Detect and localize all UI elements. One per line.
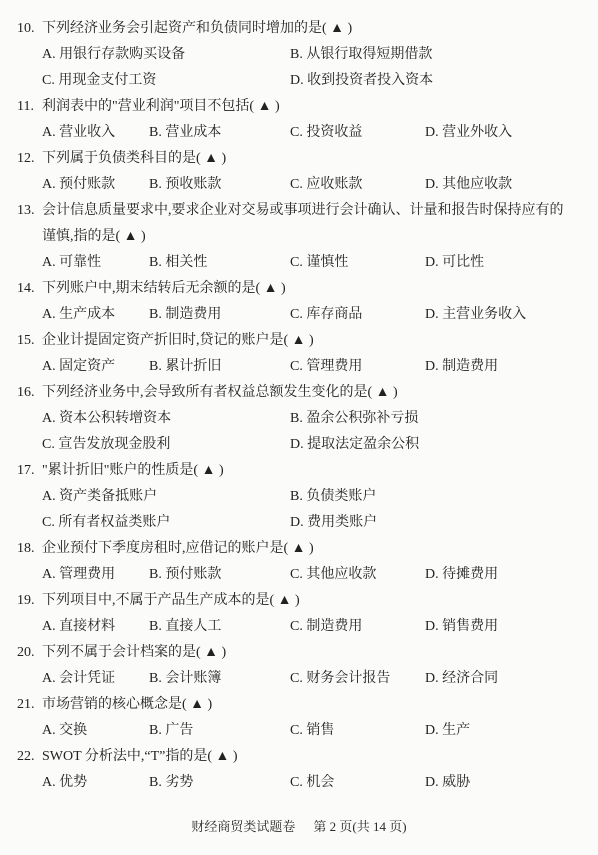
question-number: 13. [17, 198, 35, 224]
question-options: A. 管理费用 B. 预付账款 C. 其他应收款 D. 待摊费用 [0, 562, 598, 588]
question-12: 12. 下列属于负债类科目的是( ▲ ) A. 预付账款 B. 预收账款 C. … [0, 146, 598, 198]
question-stem-text: 企业计提固定资产折旧时,贷记的账户是( ▲ ) [42, 333, 314, 348]
option-c: C. 投资收益 [290, 120, 425, 146]
option-a: A. 预付账款 [42, 172, 149, 198]
option-b: B. 相关性 [149, 250, 290, 276]
question-20: 20. 下列不属于会计档案的是( ▲ ) A. 会计凭证 B. 会计账簿 C. … [0, 640, 598, 692]
question-18: 18. 企业预付下季度房租时,应借记的账户是( ▲ ) A. 管理费用 B. 预… [0, 536, 598, 588]
question-number: 22. [17, 744, 35, 770]
question-stem-text: 利润表中的"营业利润"项目不包括( ▲ ) [42, 99, 280, 114]
option-c: C. 销售 [290, 718, 425, 744]
question-number: 12. [17, 146, 35, 172]
option-c: C. 管理费用 [290, 354, 425, 380]
option-b: B. 直接人工 [149, 614, 290, 640]
option-a: A. 资产类备抵账户 [42, 484, 290, 510]
option-d: D. 主营业务收入 [425, 302, 598, 328]
option-c: C. 财务会计报告 [290, 666, 425, 692]
option-c: C. 所有者权益类账户 [42, 510, 290, 536]
question-options: A. 交换 B. 广告 C. 销售 D. 生产 [0, 718, 598, 744]
question-stem: 16. 下列经济业务中,会导致所有者权益总额发生变化的是( ▲ ) [0, 380, 598, 406]
option-d: D. 生产 [425, 718, 598, 744]
question-15: 15. 企业计提固定资产折旧时,贷记的账户是( ▲ ) A. 固定资产 B. 累… [0, 328, 598, 380]
option-b: B. 从银行取得短期借款 [290, 42, 598, 68]
question-stem-text: "累计折旧"账户的性质是( ▲ ) [42, 463, 224, 478]
option-d: D. 待摊费用 [425, 562, 598, 588]
question-stem-text: 市场营销的核心概念是( ▲ ) [42, 697, 212, 712]
question-number: 19. [17, 588, 35, 614]
question-stem: 15. 企业计提固定资产折旧时,贷记的账户是( ▲ ) [0, 328, 598, 354]
option-c: C. 机会 [290, 770, 425, 796]
question-stem-text: 下列项目中,不属于产品生产成本的是( ▲ ) [42, 593, 300, 608]
question-options: A. 预付账款 B. 预收账款 C. 应收账款 D. 其他应收款 [0, 172, 598, 198]
question-options: A. 会计凭证 B. 会计账簿 C. 财务会计报告 D. 经济合同 [0, 666, 598, 692]
question-stem: 18. 企业预付下季度房租时,应借记的账户是( ▲ ) [0, 536, 598, 562]
question-stem-text: 下列账户中,期末结转后无余额的是( ▲ ) [42, 281, 286, 296]
option-d: D. 制造费用 [425, 354, 598, 380]
option-c: C. 制造费用 [290, 614, 425, 640]
question-stem: 19. 下列项目中,不属于产品生产成本的是( ▲ ) [0, 588, 598, 614]
question-options: A. 营业收入 B. 营业成本 C. 投资收益 D. 营业外收入 [0, 120, 598, 146]
question-stem: 21. 市场营销的核心概念是( ▲ ) [0, 692, 598, 718]
page-footer: 财经商贸类试题卷 第 2 页(共 14 页) [0, 816, 598, 835]
question-stem-text: 下列属于负债类科目的是( ▲ ) [42, 151, 226, 166]
question-number: 17. [17, 458, 35, 484]
option-b: B. 广告 [149, 718, 290, 744]
option-a: A. 生产成本 [42, 302, 149, 328]
question-22: 22. SWOT 分析法中,“T”指的是( ▲ ) A. 优势 B. 劣势 C.… [0, 744, 598, 796]
question-11: 11. 利润表中的"营业利润"项目不包括( ▲ ) A. 营业收入 B. 营业成… [0, 94, 598, 146]
option-b: B. 会计账簿 [149, 666, 290, 692]
question-options: A. 资产类备抵账户 B. 负债类账户 C. 所有者权益类账户 D. 费用类账户 [0, 484, 598, 536]
question-21: 21. 市场营销的核心概念是( ▲ ) A. 交换 B. 广告 C. 销售 D.… [0, 692, 598, 744]
option-b: B. 劣势 [149, 770, 290, 796]
option-b: B. 累计折旧 [149, 354, 290, 380]
option-d: D. 营业外收入 [425, 120, 598, 146]
footer-page-number: 第 2 页(共 14 页) [313, 816, 406, 835]
exam-page: 10. 下列经济业务会引起资产和负债同时增加的是( ▲ ) A. 用银行存款购买… [0, 0, 598, 796]
question-stem: 12. 下列属于负债类科目的是( ▲ ) [0, 146, 598, 172]
question-options: A. 用银行存款购买设备 B. 从银行取得短期借款 C. 用现金支付工资 D. … [0, 42, 598, 94]
option-c: C. 用现金支付工资 [42, 68, 290, 94]
question-stem-text: 下列经济业务会引起资产和负债同时增加的是( ▲ ) [42, 21, 352, 36]
question-options: A. 生产成本 B. 制造费用 C. 库存商品 D. 主营业务收入 [0, 302, 598, 328]
question-number: 18. [17, 536, 35, 562]
question-number: 10. [17, 16, 35, 42]
option-c: C. 宣告发放现金股利 [42, 432, 290, 458]
question-17: 17. "累计折旧"账户的性质是( ▲ ) A. 资产类备抵账户 B. 负债类账… [0, 458, 598, 536]
option-d: D. 经济合同 [425, 666, 598, 692]
question-number: 15. [17, 328, 35, 354]
option-a: A. 直接材料 [42, 614, 149, 640]
question-stem: 17. "累计折旧"账户的性质是( ▲ ) [0, 458, 598, 484]
question-stem-text: 企业预付下季度房租时,应借记的账户是( ▲ ) [42, 541, 314, 556]
option-a: A. 资本公积转增资本 [42, 406, 290, 432]
option-b: B. 盈余公积弥补亏损 [290, 406, 598, 432]
question-number: 20. [17, 640, 35, 666]
question-stem-text: SWOT 分析法中,“T”指的是( ▲ ) [42, 749, 238, 764]
question-stem: 14. 下列账户中,期末结转后无余额的是( ▲ ) [0, 276, 598, 302]
option-b: B. 预收账款 [149, 172, 290, 198]
question-stem-text: 下列经济业务中,会导致所有者权益总额发生变化的是( ▲ ) [42, 385, 398, 400]
option-b: B. 营业成本 [149, 120, 290, 146]
option-d: D. 费用类账户 [290, 510, 598, 536]
option-d: D. 可比性 [425, 250, 598, 276]
question-19: 19. 下列项目中,不属于产品生产成本的是( ▲ ) A. 直接材料 B. 直接… [0, 588, 598, 640]
question-number: 14. [17, 276, 35, 302]
question-13: 13. 会计信息质量要求中,要求企业对交易或事项进行会计确认、计量和报告时保持应… [0, 198, 598, 276]
option-d: D. 威胁 [425, 770, 598, 796]
option-d: D. 收到投资者投入资本 [290, 68, 598, 94]
question-stem-text: 下列不属于会计档案的是( ▲ ) [42, 645, 226, 660]
question-options: A. 优势 B. 劣势 C. 机会 D. 威胁 [0, 770, 598, 796]
option-a: A. 会计凭证 [42, 666, 149, 692]
question-10: 10. 下列经济业务会引起资产和负债同时增加的是( ▲ ) A. 用银行存款购买… [0, 16, 598, 94]
option-a: A. 营业收入 [42, 120, 149, 146]
option-c: C. 应收账款 [290, 172, 425, 198]
option-a: A. 可靠性 [42, 250, 149, 276]
option-b: B. 制造费用 [149, 302, 290, 328]
question-number: 16. [17, 380, 35, 406]
question-16: 16. 下列经济业务中,会导致所有者权益总额发生变化的是( ▲ ) A. 资本公… [0, 380, 598, 458]
option-b: B. 预付账款 [149, 562, 290, 588]
question-stem: 22. SWOT 分析法中,“T”指的是( ▲ ) [0, 744, 598, 770]
question-number: 21. [17, 692, 35, 718]
option-a: A. 用银行存款购买设备 [42, 42, 290, 68]
option-c: C. 库存商品 [290, 302, 425, 328]
option-a: A. 管理费用 [42, 562, 149, 588]
option-b: B. 负债类账户 [290, 484, 598, 510]
option-d: D. 销售费用 [425, 614, 598, 640]
question-options: A. 资本公积转增资本 B. 盈余公积弥补亏损 C. 宣告发放现金股利 D. 提… [0, 406, 598, 458]
question-stem: 10. 下列经济业务会引起资产和负债同时增加的是( ▲ ) [0, 16, 598, 42]
question-options: A. 可靠性 B. 相关性 C. 谨慎性 D. 可比性 [0, 250, 598, 276]
question-options: A. 固定资产 B. 累计折旧 C. 管理费用 D. 制造费用 [0, 354, 598, 380]
option-a: A. 优势 [42, 770, 149, 796]
option-a: A. 固定资产 [42, 354, 149, 380]
option-a: A. 交换 [42, 718, 149, 744]
option-d: D. 其他应收款 [425, 172, 598, 198]
question-stem-continued: 谨慎,指的是( ▲ ) [0, 224, 598, 250]
question-stem-text: 会计信息质量要求中,要求企业对交易或事项进行会计确认、计量和报告时保持应有的 [42, 203, 564, 218]
option-c: C. 其他应收款 [290, 562, 425, 588]
question-number: 11. [17, 94, 34, 120]
question-stem: 11. 利润表中的"营业利润"项目不包括( ▲ ) [0, 94, 598, 120]
question-options: A. 直接材料 B. 直接人工 C. 制造费用 D. 销售费用 [0, 614, 598, 640]
question-stem: 13. 会计信息质量要求中,要求企业对交易或事项进行会计确认、计量和报告时保持应… [0, 198, 598, 224]
option-d: D. 提取法定盈余公积 [290, 432, 598, 458]
question-14: 14. 下列账户中,期末结转后无余额的是( ▲ ) A. 生产成本 B. 制造费… [0, 276, 598, 328]
footer-exam-title: 财经商贸类试题卷 [191, 816, 295, 835]
option-c: C. 谨慎性 [290, 250, 425, 276]
question-stem: 20. 下列不属于会计档案的是( ▲ ) [0, 640, 598, 666]
